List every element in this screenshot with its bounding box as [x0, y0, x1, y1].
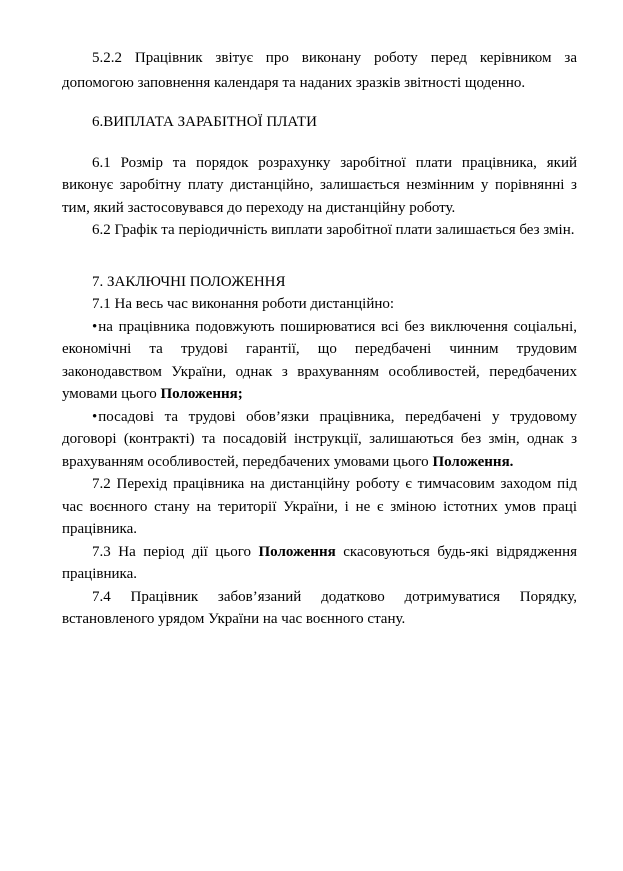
paragraph-7-3: 7.3 На період дії цього Положення скасов…: [62, 541, 577, 586]
paragraph-5-2-2: 5.2.2 Працівник звітує про виконану робо…: [62, 46, 577, 96]
section-heading-7: 7. ЗАКЛЮЧНІ ПОЛОЖЕННЯ: [62, 271, 577, 294]
paragraph-7-3-text-before: 7.3 На період дії цього: [92, 544, 259, 560]
document-page: 5.2.2 Працівник звітує про виконану робо…: [0, 0, 623, 871]
paragraph-7-3-bold-term: Положення: [259, 544, 336, 560]
bullet-1-bold-term: Положення;: [161, 386, 243, 402]
paragraph-7-1: 7.1 На весь час виконання роботи дистанц…: [62, 293, 577, 316]
paragraph-6-1: 6.1 Розмір та порядок розрахунку заробіт…: [62, 152, 577, 220]
bullet-item-2: •посадові та трудові обов’язки працівник…: [62, 406, 577, 474]
paragraph-7-4: 7.4 Працівник забов’язаний додатково дот…: [62, 586, 577, 631]
section-heading-6: 6.ВИПЛАТА ЗАРАБІТНОЇ ПЛАТИ: [62, 111, 577, 134]
paragraph-6-2: 6.2 Графік та періодичність виплати заро…: [62, 219, 577, 242]
bullet-2-bold-term: Положення.: [432, 454, 513, 470]
paragraph-7-2: 7.2 Перехід працівника на дистанційну ро…: [62, 473, 577, 541]
bullet-1-text: на працівника подовжують поширюватися вс…: [62, 319, 577, 403]
bullet-item-1: •на працівника подовжують поширюватися в…: [62, 316, 577, 406]
